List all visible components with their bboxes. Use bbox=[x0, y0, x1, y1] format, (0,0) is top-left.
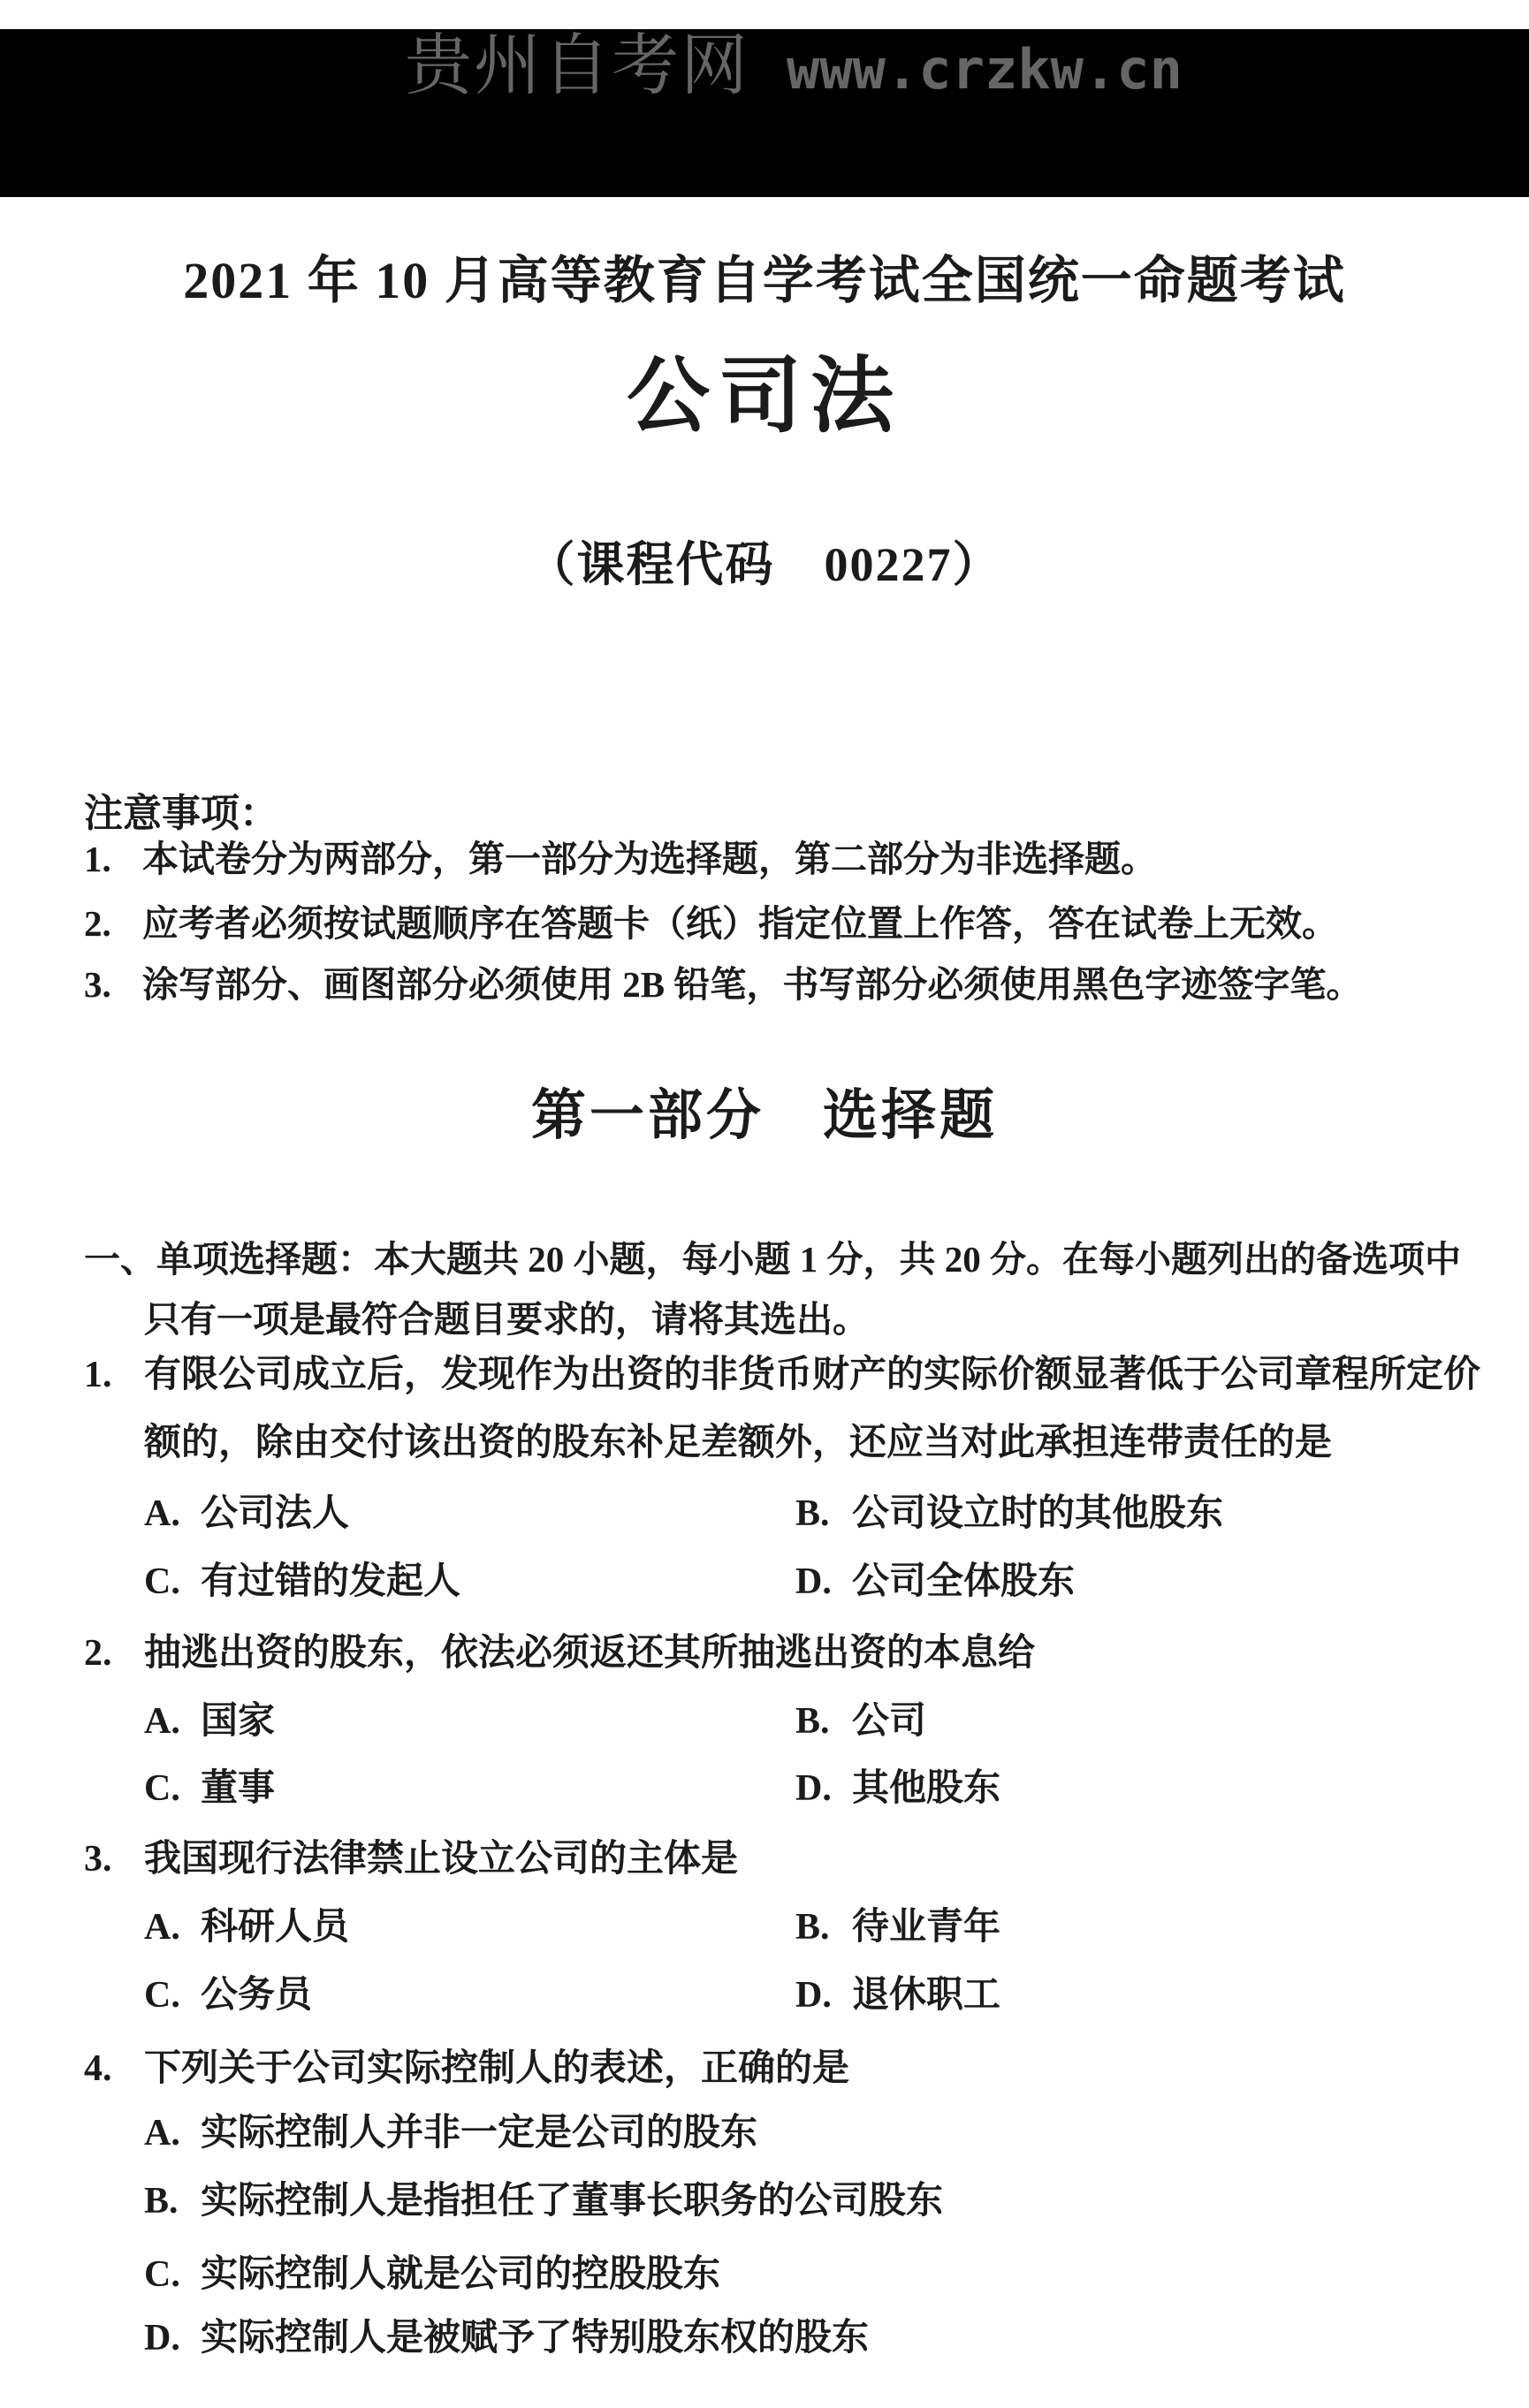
option-text: 实际控制人就是公司的控股股东 bbox=[201, 2254, 720, 2295]
exam-paper-page: 贵州自考网 www.crzkw.cn 2021 年 10 月高等教育自学考试全国… bbox=[0, 0, 1529, 2408]
option-label: D. bbox=[795, 1975, 852, 2016]
question-1-option-d: D. 公司全体股东 bbox=[795, 1561, 1075, 1602]
notice-item-text: 本试卷分为两部分，第一部分为选择题，第二部分为非选择题。 bbox=[142, 839, 1157, 879]
question-4-option-c: C. 实际控制人就是公司的控股股东 bbox=[144, 2254, 720, 2295]
option-text: 其他股东 bbox=[852, 1768, 1000, 1809]
option-text: 退休职工 bbox=[852, 1975, 1000, 2016]
question-2-option-c: C. 董事 bbox=[144, 1768, 275, 1809]
option-text: 有过错的发起人 bbox=[201, 1561, 460, 1602]
option-label: B. bbox=[795, 1907, 852, 1948]
option-text: 公司设立时的其他股东 bbox=[852, 1493, 1223, 1534]
option-text: 科研人员 bbox=[201, 1907, 349, 1948]
question-3-stem: 3. 我国现行法律禁止设立公司的主体是 bbox=[84, 1839, 738, 1880]
question-2-stem: 2. 抽逃出资的股东，依法必须返还其所抽逃出资的本息给 bbox=[84, 1633, 1035, 1674]
option-text: 公司全体股东 bbox=[852, 1561, 1075, 1602]
question-1-option-a: A. 公司法人 bbox=[144, 1493, 349, 1534]
option-label: C. bbox=[144, 1975, 201, 2016]
notice-item-text: 应考者必须按试题顺序在答题卡（纸）指定位置上作答，答在试卷上无效。 bbox=[142, 904, 1338, 944]
question-2-option-d: D. 其他股东 bbox=[795, 1768, 1000, 1809]
site-name: 贵州自考网 bbox=[405, 33, 749, 100]
question-3-option-c: C. 公务员 bbox=[144, 1975, 312, 2016]
question-number: 4. bbox=[84, 2048, 144, 2089]
option-label: B. bbox=[795, 1701, 852, 1742]
question-4-option-d: D. 实际控制人是被赋予了特别股东权的股东 bbox=[144, 2318, 869, 2359]
option-label: A. bbox=[144, 1701, 201, 1742]
question-stem-text: 我国现行法律禁止设立公司的主体是 bbox=[144, 1839, 738, 1880]
subject-title: 公司法 bbox=[0, 352, 1529, 443]
notice-item-number: 1. bbox=[84, 839, 142, 879]
notice-item: 3. 涂写部分、画图部分必须使用 2B 铅笔，书写部分必须使用黑色字迹签字笔。 bbox=[84, 965, 1362, 1005]
question-stem-text: 有限公司成立后，发现作为出资的非货币财产的实际价额显著低于公司章程所定价 bbox=[144, 1355, 1480, 1395]
section-intro-line1: 一、单项选择题：本大题共 20 小题，每小题 1 分，共 20 分。在每小题列出… bbox=[84, 1230, 1461, 1282]
option-label: B. bbox=[795, 1493, 852, 1534]
question-3-option-d: D. 退休职工 bbox=[795, 1975, 1000, 2016]
notice-title: 注意事项： bbox=[84, 781, 278, 838]
option-text: 待业青年 bbox=[852, 1907, 1000, 1948]
option-text: 实际控制人并非一定是公司的股东 bbox=[201, 2113, 757, 2154]
question-number: 2. bbox=[84, 1633, 144, 1674]
notice-item-number: 2. bbox=[84, 904, 142, 944]
site-url: www.crzkw.cn bbox=[787, 42, 1183, 97]
option-label: B. bbox=[144, 2181, 201, 2222]
notice-item: 1. 本试卷分为两部分，第一部分为选择题，第二部分为非选择题。 bbox=[84, 839, 1157, 879]
question-3-option-a: A. 科研人员 bbox=[144, 1907, 349, 1948]
question-4-option-a: A. 实际控制人并非一定是公司的股东 bbox=[144, 2113, 757, 2154]
notice-item-text: 涂写部分、画图部分必须使用 2B 铅笔，书写部分必须使用黑色字迹签字笔。 bbox=[142, 965, 1362, 1005]
exam-title: 2021 年 10 月高等教育自学考试全国统一命题考试 bbox=[0, 250, 1529, 312]
question-2-option-a: A. 国家 bbox=[144, 1701, 275, 1742]
question-1-option-c: C. 有过错的发起人 bbox=[144, 1561, 460, 1602]
question-number: 3. bbox=[84, 1839, 144, 1880]
question-1-stem-cont: 额的，除由交付该出资的股东补足差额外，还应当对此承担连带责任的是 bbox=[144, 1423, 1332, 1463]
notice-item: 2. 应考者必须按试题顺序在答题卡（纸）指定位置上作答，答在试卷上无效。 bbox=[84, 904, 1338, 944]
option-label: C. bbox=[144, 2254, 201, 2295]
option-label: A. bbox=[144, 2113, 201, 2154]
question-1-option-b: B. 公司设立时的其他股东 bbox=[795, 1493, 1223, 1534]
option-label: A. bbox=[144, 1493, 201, 1534]
option-text: 董事 bbox=[201, 1768, 275, 1809]
option-text: 公司法人 bbox=[201, 1493, 349, 1534]
option-text: 实际控制人是被赋予了特别股东权的股东 bbox=[201, 2318, 869, 2359]
section-intro-line2: 只有一项是最符合题目要求的，请将其选出。 bbox=[144, 1290, 869, 1342]
option-text: 公务员 bbox=[201, 1975, 312, 2016]
site-banner: 贵州自考网 www.crzkw.cn bbox=[0, 29, 1529, 197]
question-1-stem: 1. 有限公司成立后，发现作为出资的非货币财产的实际价额显著低于公司章程所定价 bbox=[84, 1355, 1480, 1395]
part-one-title: 第一部分 选择题 bbox=[0, 1071, 1529, 1150]
question-4-stem: 4. 下列关于公司实际控制人的表述，正确的是 bbox=[84, 2048, 849, 2089]
course-code: （课程代码 00227） bbox=[0, 527, 1529, 595]
question-3-option-b: B. 待业青年 bbox=[795, 1907, 1000, 1948]
question-number: 1. bbox=[84, 1355, 144, 1395]
notice-item-number: 3. bbox=[84, 965, 142, 1005]
site-banner-text: 贵州自考网 www.crzkw.cn bbox=[405, 33, 1183, 100]
option-text: 公司 bbox=[852, 1701, 926, 1742]
option-label: D. bbox=[795, 1768, 852, 1809]
question-stem-text: 抽逃出资的股东，依法必须返还其所抽逃出资的本息给 bbox=[144, 1633, 1035, 1674]
option-label: D. bbox=[144, 2318, 201, 2359]
option-label: C. bbox=[144, 1768, 201, 1809]
question-stem-text: 下列关于公司实际控制人的表述，正确的是 bbox=[144, 2048, 849, 2089]
question-2-option-b: B. 公司 bbox=[795, 1701, 926, 1742]
option-label: A. bbox=[144, 1907, 201, 1948]
option-text: 实际控制人是指担任了董事长职务的公司股东 bbox=[201, 2181, 943, 2222]
question-4-option-b: B. 实际控制人是指担任了董事长职务的公司股东 bbox=[144, 2181, 943, 2222]
option-label: C. bbox=[144, 1561, 201, 1602]
option-text: 国家 bbox=[201, 1701, 275, 1742]
option-label: D. bbox=[795, 1561, 852, 1602]
